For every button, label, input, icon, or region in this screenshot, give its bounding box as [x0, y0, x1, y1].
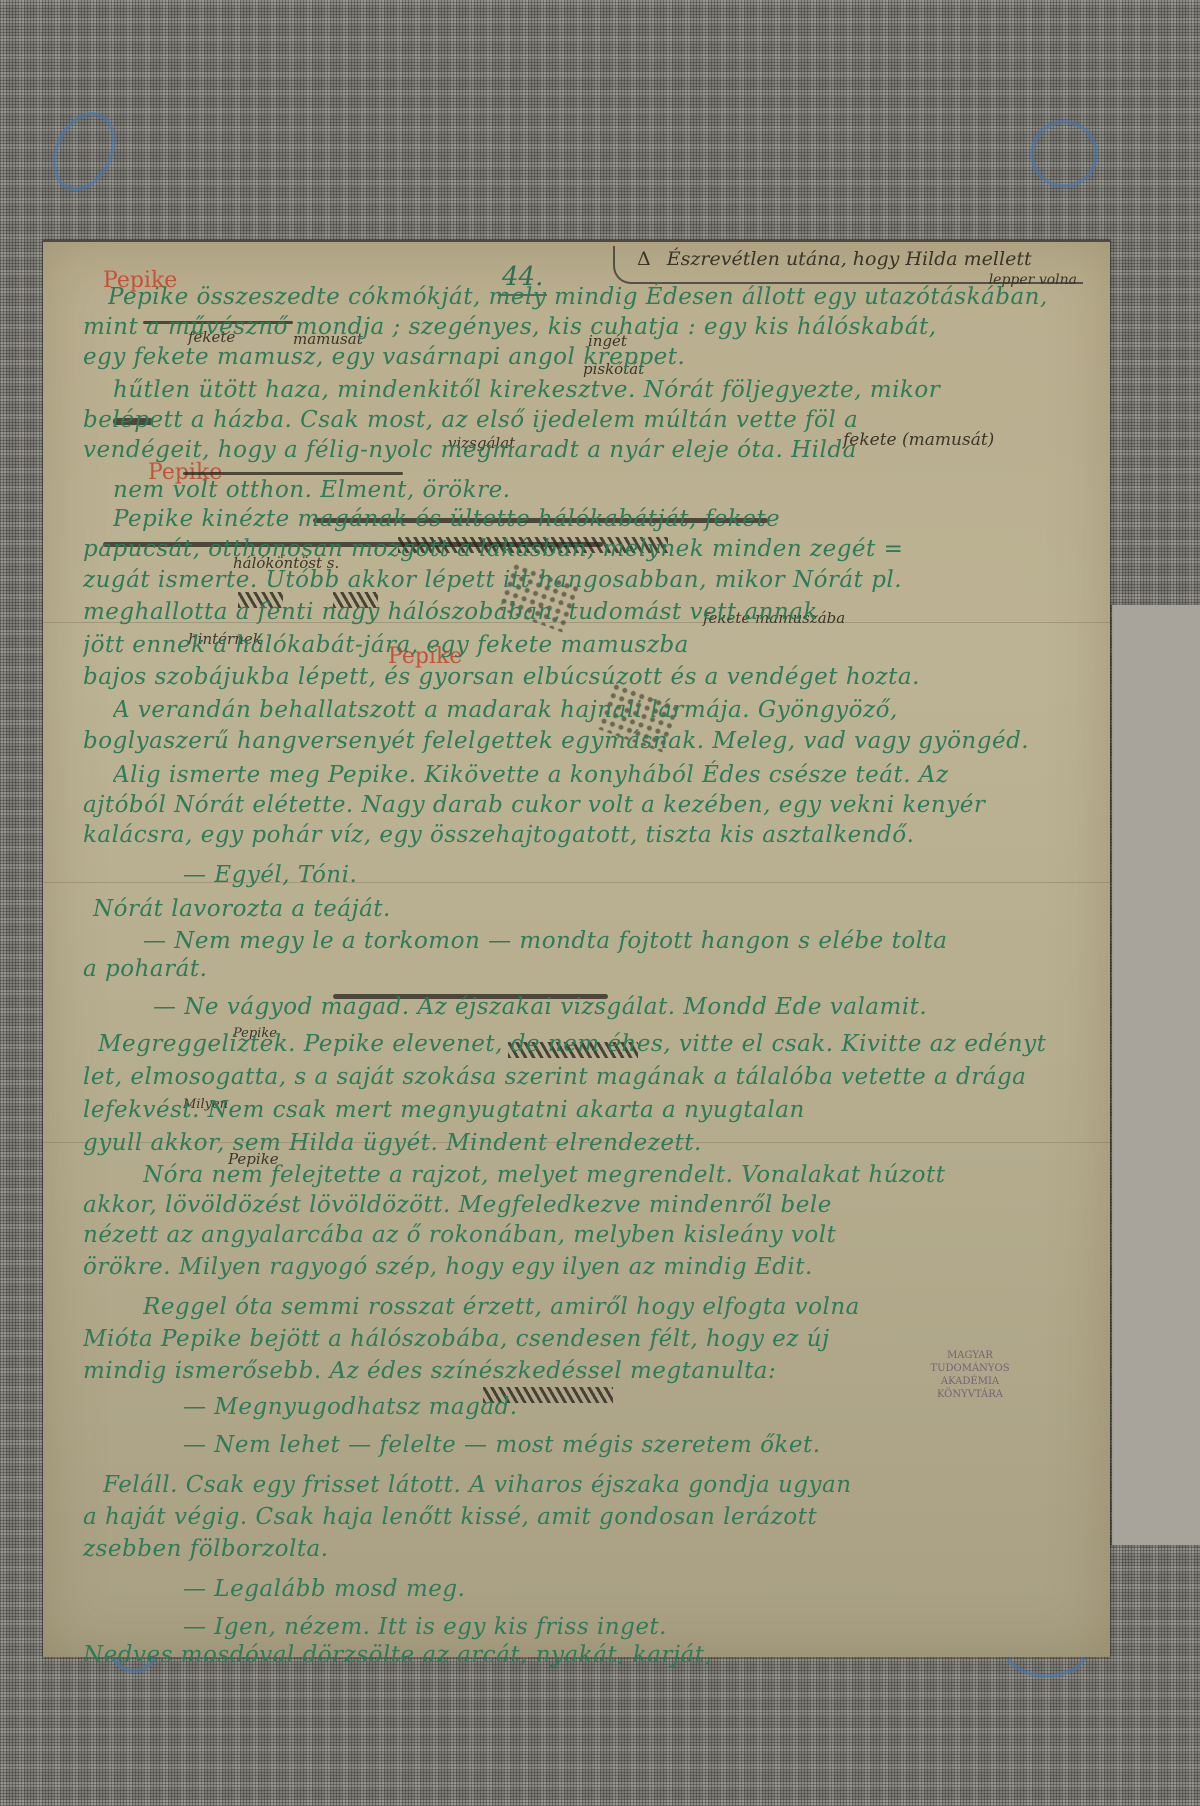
blue-crayon-mark-top-left [40, 102, 128, 202]
text-line: let, elmosogatta, s a saját szokása szer… [83, 1062, 1090, 1092]
text-line: ajtóból Nórát elétette. Nagy darab cukor… [83, 790, 1090, 820]
library-stamp: MAGYAR TUDOMÁNYOS AKADÉMIA KÖNYVTÁRA [900, 1349, 1040, 1401]
text-line: bajos szobájukba lépett, és gyorsan elbú… [83, 662, 1090, 692]
stamp-line-3: KÖNYVTÁRA [900, 1388, 1040, 1401]
text-line: zsebben fölborzolta. [83, 1534, 1090, 1564]
text-line: Nóra nem felejtette a rajzot, melyet meg… [143, 1160, 1090, 1190]
text-line: nem volt otthon. Elment, örökre. [113, 475, 1090, 505]
manuscript-page: 44. Δ Észrevétlen utána, hogy Hilda mell… [43, 240, 1110, 1657]
text-line: papucsát, otthonosan mozgott a lakásban,… [83, 534, 1090, 564]
stamp-line-2: TUDOMÁNYOS AKADÉMIA [900, 1362, 1040, 1388]
text-line: Pepike összeszedte cókmókját, mely mindi… [108, 282, 1090, 312]
text-line: örökre. Milyen ragyogó szép, hogy egy il… [83, 1252, 1090, 1282]
text-line: — Nem lehet — felelte — most mégis szere… [183, 1430, 1090, 1460]
text-line: A verandán behallatszott a madarak hajna… [113, 695, 1090, 725]
text-line: akkor, lövöldözést lövöldözött. Megfeled… [83, 1190, 1090, 1220]
underlying-card [1112, 605, 1200, 1545]
text-line: jött ennek a hálókabát-jára, egy fekete … [83, 630, 1090, 660]
text-line: lefekvést. Nem csak mert megnyugtatni ak… [83, 1095, 1090, 1125]
delta-symbol: Δ [637, 248, 651, 270]
text-line: meghallotta a fenti nagy hálószobában, t… [83, 597, 1090, 627]
text-line: Nedves mosdóval dörzsölte az arcát, nyak… [83, 1640, 1090, 1670]
text-line: Megreggeliztek. Pepike elevenet, de nem … [98, 1029, 1090, 1059]
text-line: — Ne vágyod magad. Az éjszakai vizsgálat… [153, 992, 1090, 1022]
top-note-text: Észrevétlen utána, hogy Hilda mellett [667, 248, 1032, 270]
text-line: — Igen, nézem. Itt is egy kis friss inge… [183, 1612, 1090, 1642]
text-line: a poharát. [83, 954, 1090, 984]
text-line: vendégeit, hogy a félig-nyolc megmaradt … [83, 435, 1090, 465]
text-line: zugát ismerte. Utóbb akkor lépett itt ha… [83, 565, 1090, 595]
text-line: Reggel óta semmi rosszat érzett, amiről … [143, 1292, 1090, 1322]
text-line: gyull akkor, sem Hilda ügyét. Mindent el… [83, 1128, 1090, 1158]
text-line: Alig ismerte meg Pepike. Kikövette a kon… [113, 760, 1090, 790]
text-line: egy fekete mamusz, egy vasárnapi angol k… [83, 342, 1090, 372]
text-line: mint a művésznő mondja ; szegényes, kis … [83, 312, 1090, 342]
blue-crayon-mark-top-right [1020, 110, 1107, 197]
text-line: Feláll. Csak egy frisset látott. A vihar… [103, 1470, 1090, 1500]
stamp-line-1: MAGYAR [900, 1349, 1040, 1362]
text-line: — Legalább mosd meg. [183, 1574, 1090, 1604]
text-line: kalácsra, egy pohár víz, egy összehajtog… [83, 820, 1090, 850]
text-line: Nórát lavorozta a teáját. [93, 894, 1090, 924]
text-line: hűtlen ütött haza, mindenkitől kirekeszt… [113, 375, 1090, 405]
text-line: Pepike kinézte magának és ültette hálóka… [113, 504, 1090, 534]
text-line: boglyaszerű hangversenyét felelgettek eg… [83, 726, 1090, 756]
text-line: belépett a házba. Csak most, az első ije… [83, 405, 1090, 435]
text-line: nézett az angyalarcába az ő rokonában, m… [83, 1220, 1090, 1250]
text-line: — Egyél, Tóni. [183, 860, 1090, 890]
top-margin-note: Δ Észrevétlen utána, hogy Hilda mellett … [613, 246, 1083, 284]
text-line: a haját végig. Csak haja lenőtt kissé, a… [83, 1502, 1090, 1532]
text-line: — Nem megy le a torkomon — mondta fojtot… [143, 926, 1090, 956]
